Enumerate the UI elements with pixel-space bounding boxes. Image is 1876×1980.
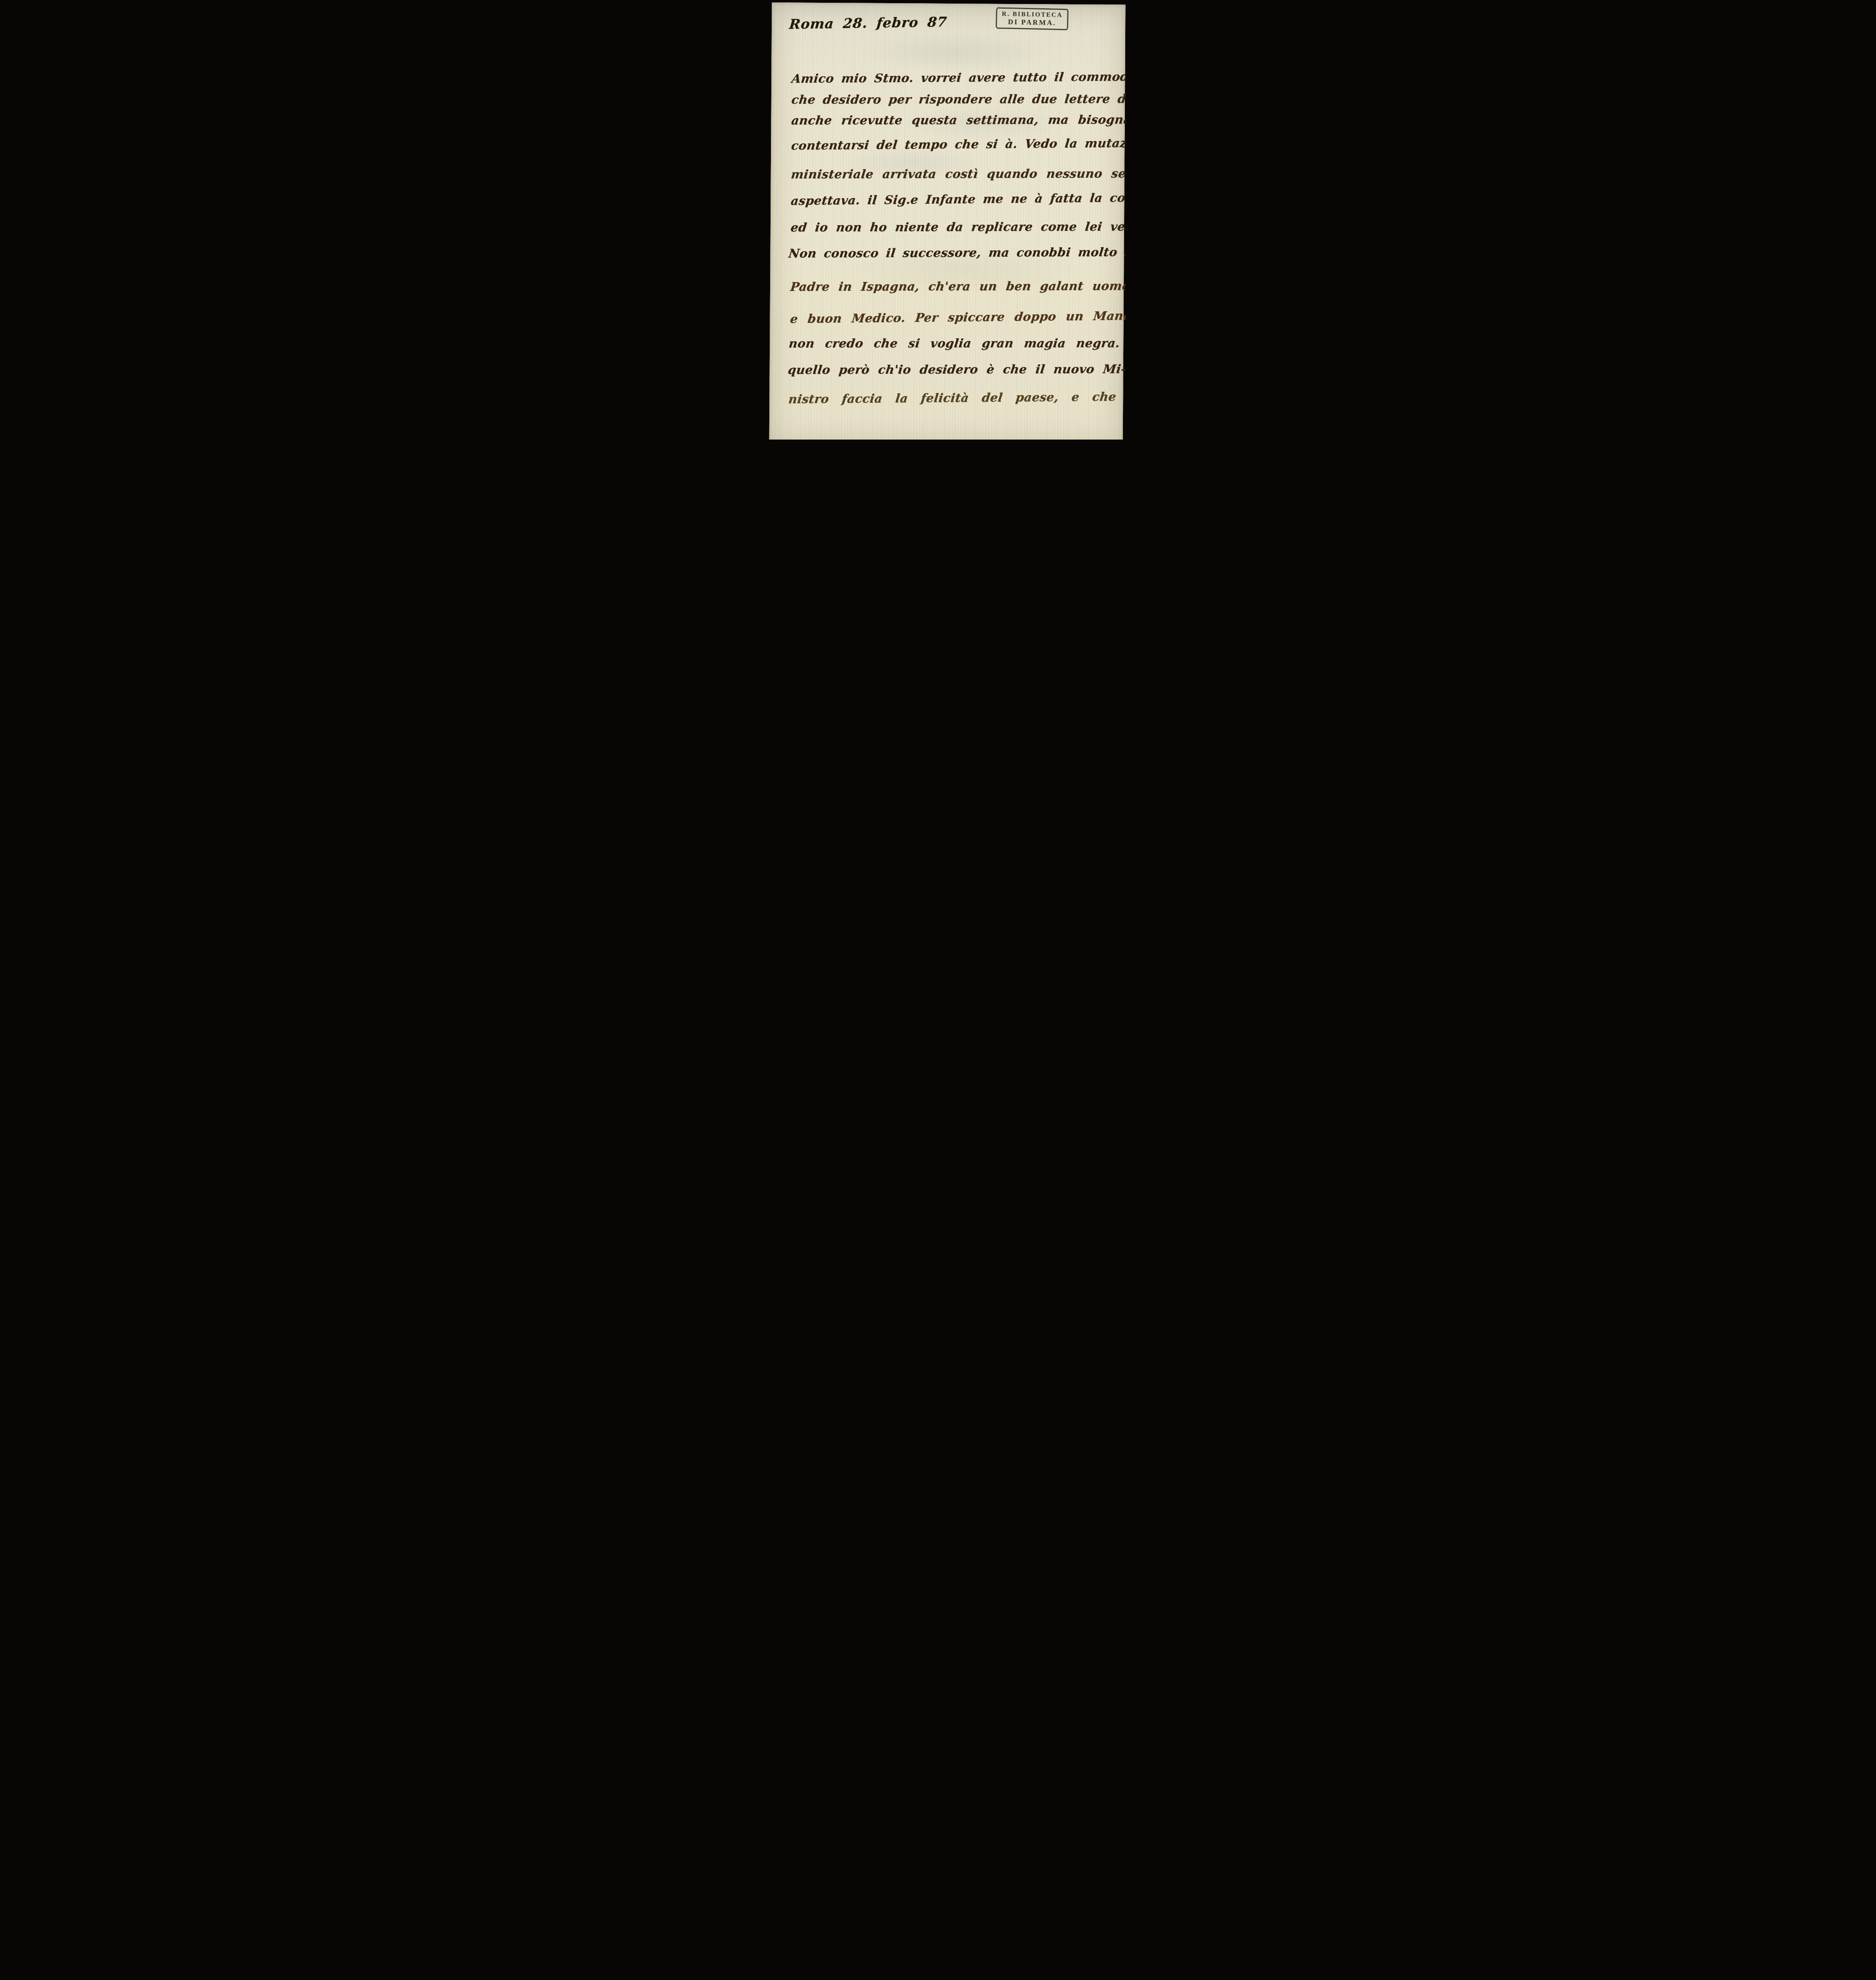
handwritten-line-7: ed io non ho niente da replicare come le… xyxy=(790,220,1126,234)
handwritten-line-8: Non conosco il successore, ma conobbi mo… xyxy=(788,245,1126,261)
handwritten-line-4: contentarsi del tempo che si à. Vedo la … xyxy=(790,136,1126,153)
handwritten-line-1: Amico mio Stmo. vorrei avere tutto il co… xyxy=(791,70,1126,86)
scan-background: Roma 28. febro 87 R. BIBLIOTECA DI PARMA… xyxy=(750,0,1126,440)
letter-body: Amico mio Stmo. vorrei avere tutto il co… xyxy=(769,2,1126,440)
handwritten-line-11: non credo che si voglia gran magia negra… xyxy=(788,337,1121,351)
handwritten-line-5: ministeriale arrivata costì quando nessu… xyxy=(790,167,1126,181)
handwritten-line-13: nistro faccia la felicità del paese, e c… xyxy=(788,390,1117,407)
handwritten-line-9: Padre in Ispagna, ch'era un ben galant u… xyxy=(790,279,1126,294)
letter-paper: Roma 28. febro 87 R. BIBLIOTECA DI PARMA… xyxy=(769,2,1126,440)
handwritten-line-6: aspettava. il Sig.e Infante me ne à fatt… xyxy=(790,190,1126,208)
handwritten-line-2: che desidero per rispondere alle due let… xyxy=(791,92,1126,107)
handwritten-line-12: quello però ch'io desidero è che il nuov… xyxy=(787,362,1126,377)
handwritten-line-10: e buon Medico. Per spiccare doppo un Man… xyxy=(790,309,1126,326)
handwritten-line-3: anche ricevutte questa settimana, ma bis… xyxy=(791,113,1126,128)
